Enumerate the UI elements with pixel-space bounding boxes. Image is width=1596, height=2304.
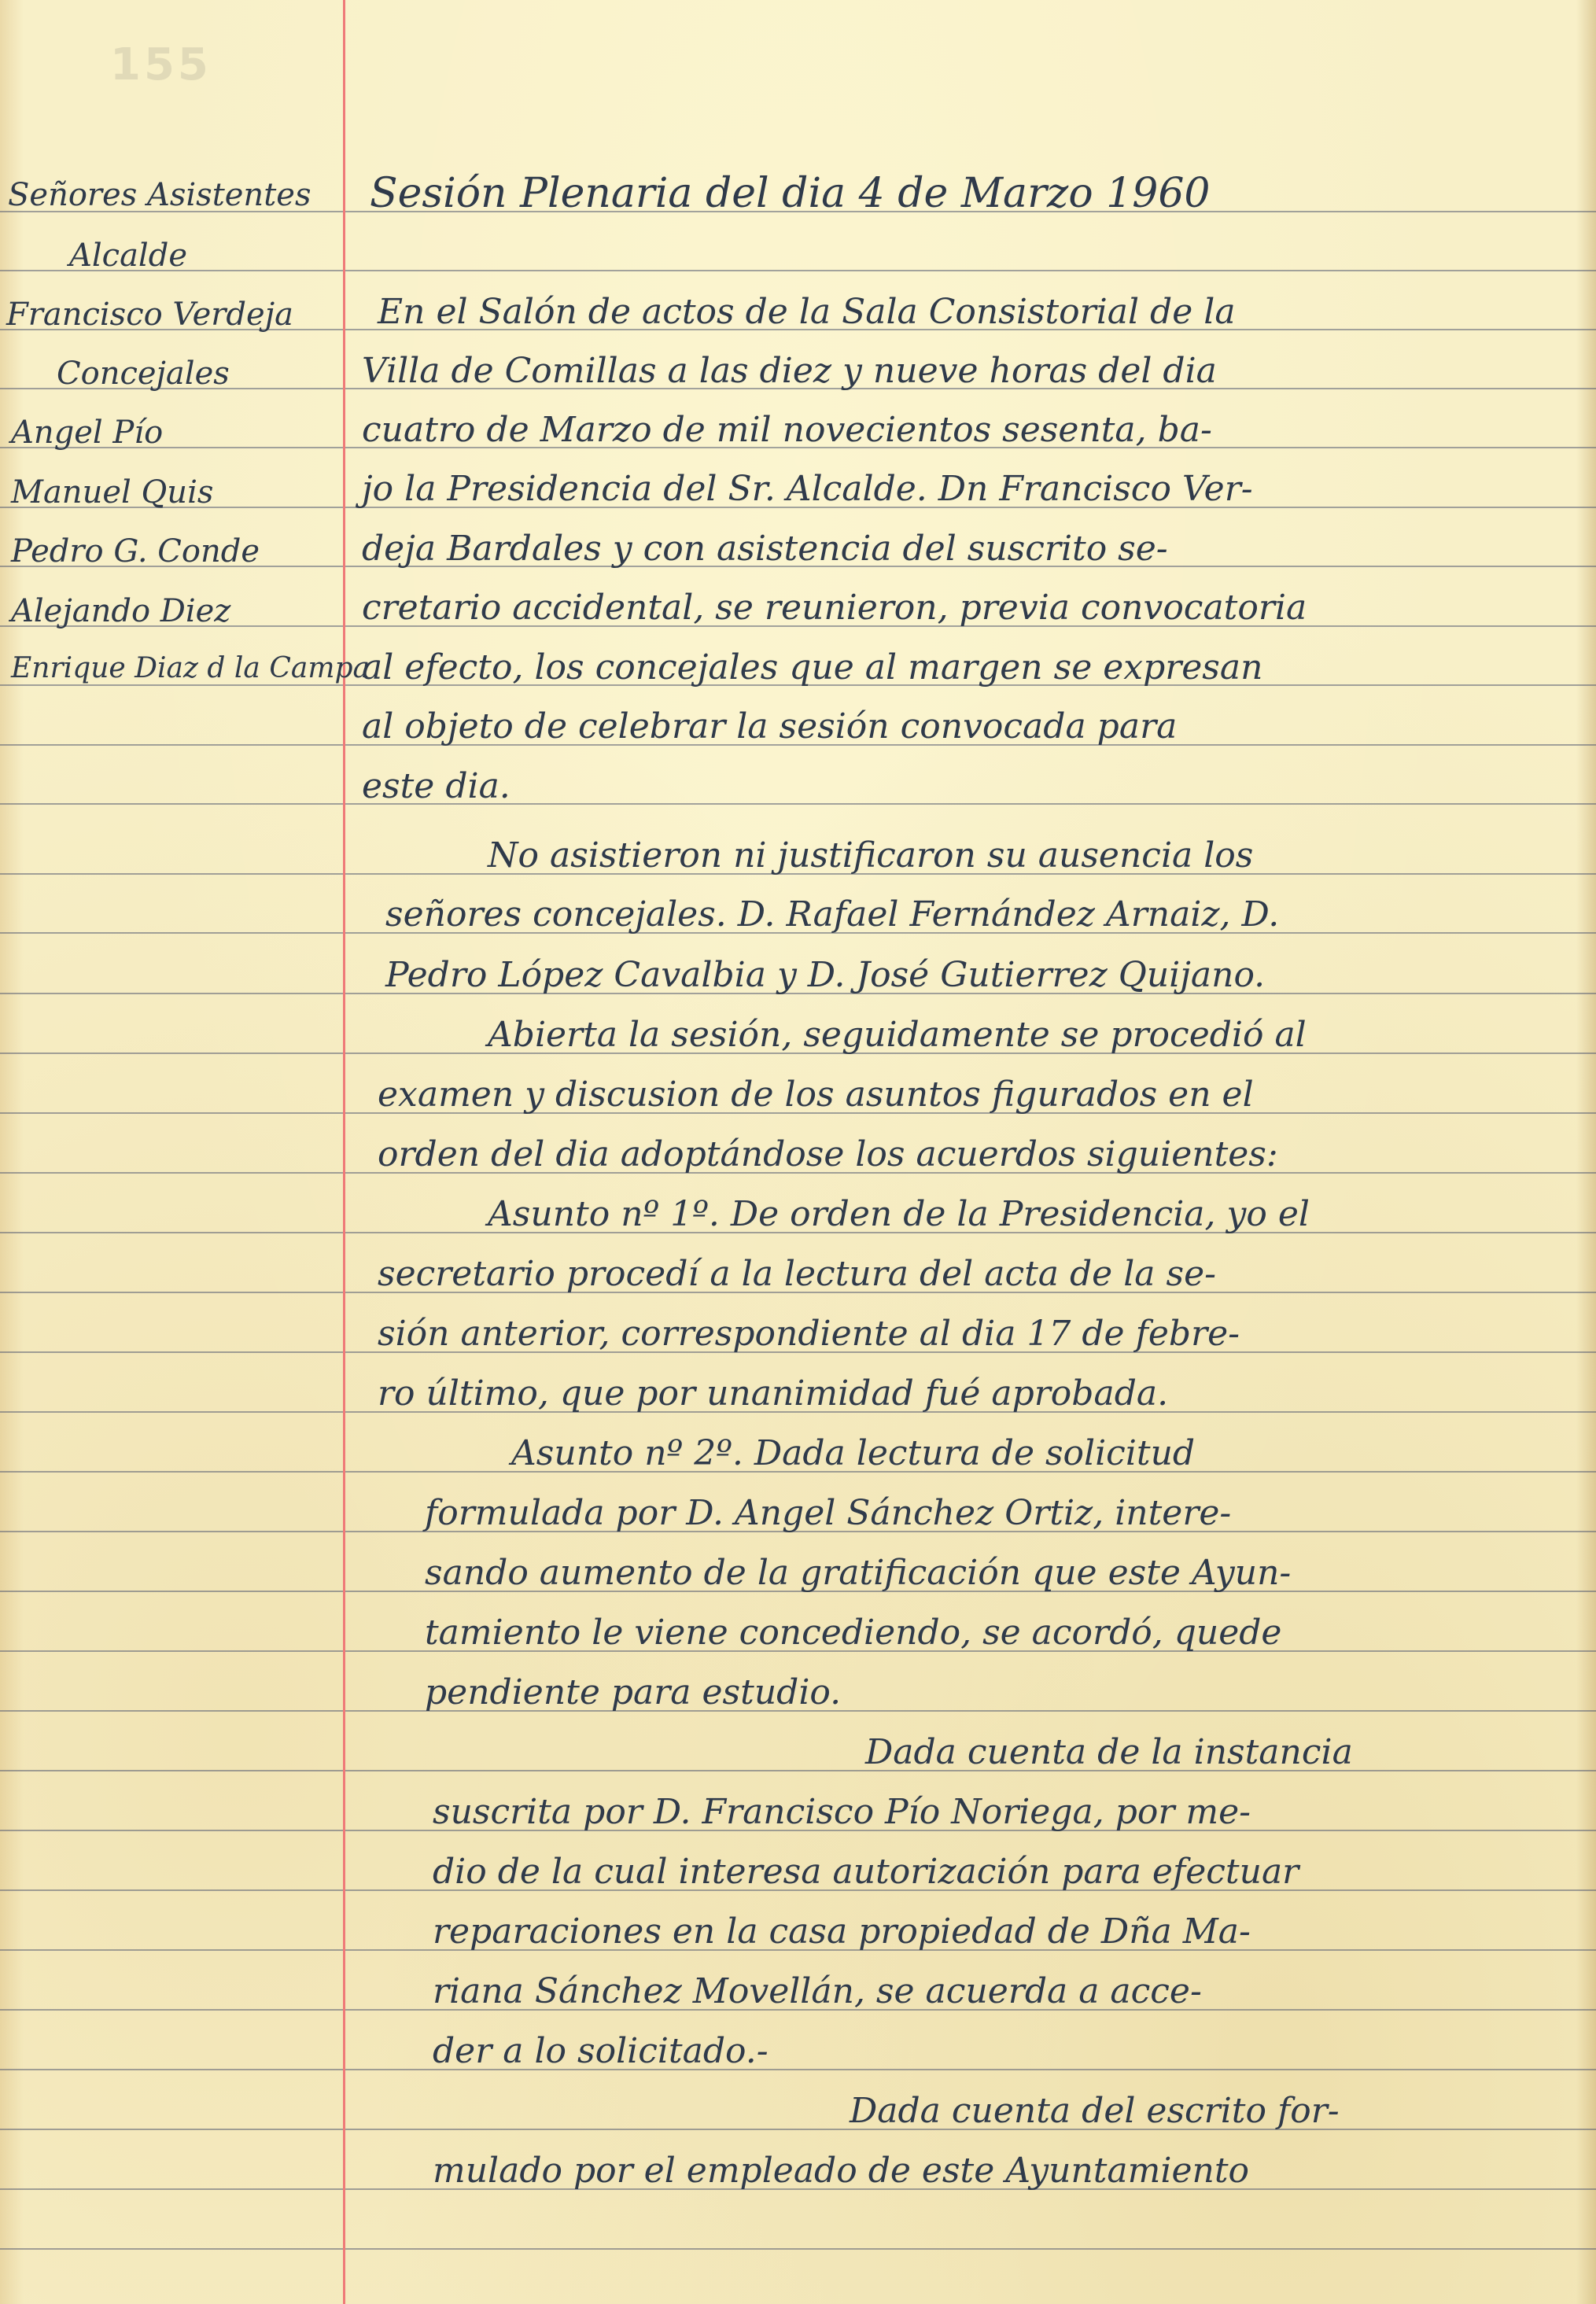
text-line: dio de la cual interesa autorización par… [433, 1855, 1299, 1889]
councillor-name: Angel Pío [11, 417, 163, 448]
rule-line [0, 2129, 1596, 2130]
text-line: En el Salón de actos de la Sala Consisto… [378, 295, 1236, 330]
councillor-name: Enrique Diaz d la Campa [11, 654, 370, 683]
rule-line [0, 270, 1596, 271]
text-line: Dada cuenta del escrito for- [850, 2094, 1340, 2129]
mayor-name: Francisco Verdeja [6, 299, 293, 330]
text-line: señores concejales. D. Rafael Fernández … [385, 898, 1279, 932]
text-line: Asunto nº 1º. De orden de la Presidencia… [488, 1197, 1310, 1232]
text-line: Dada cuenta de la instancia [865, 1735, 1353, 1770]
text-line: sión anterior, correspondiente al dia 17… [378, 1317, 1240, 1351]
text-line: sando aumento de la gratificación que es… [425, 1556, 1291, 1591]
text-line: Pedro López Cavalbia y D. José Gutierrez… [385, 958, 1265, 993]
councillors-label: Concejales [57, 358, 230, 389]
text-line: deja Bardales y con asistencia del suscr… [362, 532, 1168, 566]
text-line: al efecto, los concejales que al margen … [362, 651, 1262, 685]
text-line: riana Sánchez Movellán, se acuerda a acc… [433, 1974, 1202, 2009]
attendees-heading: Señores Asistentes [8, 179, 311, 211]
rule-line [0, 803, 1596, 805]
text-line: orden del dia adoptándose los acuerdos s… [378, 1137, 1278, 1172]
councillor-name: Pedro G. Conde [11, 536, 260, 567]
text-line: Villa de Comillas a las diez y nueve hor… [362, 354, 1217, 389]
text-line: examen y discusion de los asuntos figura… [378, 1078, 1254, 1112]
red-margin-line [343, 0, 345, 2304]
text-line: formulada por D. Angel Sánchez Ortiz, in… [425, 1496, 1231, 1531]
text-line: al objeto de celebrar la sesión convocad… [362, 710, 1177, 744]
text-line: jo la Presidencia del Sr. Alcalde. Dn Fr… [362, 472, 1253, 507]
text-line: suscrita por D. Francisco Pío Noriega, p… [433, 1795, 1251, 1830]
rule-line [0, 1770, 1596, 1771]
text-line: No asistieron ni justificaron su ausenci… [488, 839, 1253, 873]
text-line: Abierta la sesión, seguidamente se proce… [488, 1018, 1307, 1052]
text-line: pendiente para estudio. [425, 1675, 841, 1710]
text-line: Asunto nº 2º. Dada lectura de solicitud [511, 1436, 1195, 1471]
text-line: tamiento le viene concediendo, se acordó… [425, 1616, 1281, 1650]
text-line: mulado por el empleado de este Ayuntamie… [433, 2154, 1249, 2188]
ledger-page: 155 Se [0, 0, 1596, 2304]
text-line: reparaciones en la casa propiedad de Dña… [433, 1915, 1251, 1949]
rule-line [0, 2069, 1596, 2070]
text-line: ro último, que por unanimidad fué aproba… [378, 1377, 1168, 1411]
rule-line [0, 2248, 1596, 2250]
text-line: der a lo solicitado.- [433, 2034, 769, 2069]
councillor-name: Alejando Diez [11, 595, 230, 627]
text-line: secretario procedí a la lectura del acta… [378, 1257, 1216, 1292]
mayor-label: Alcalde [69, 240, 187, 271]
text-line: cretario accidental, se reunieron, previ… [362, 591, 1307, 625]
text-line: este dia. [362, 769, 510, 804]
text-line: cuatro de Marzo de mil novecientos sesen… [362, 413, 1212, 448]
councillor-name: Manuel Quis [11, 477, 213, 508]
session-title: Sesión Plenaria del dia 4 de Marzo 1960 [370, 173, 1211, 214]
